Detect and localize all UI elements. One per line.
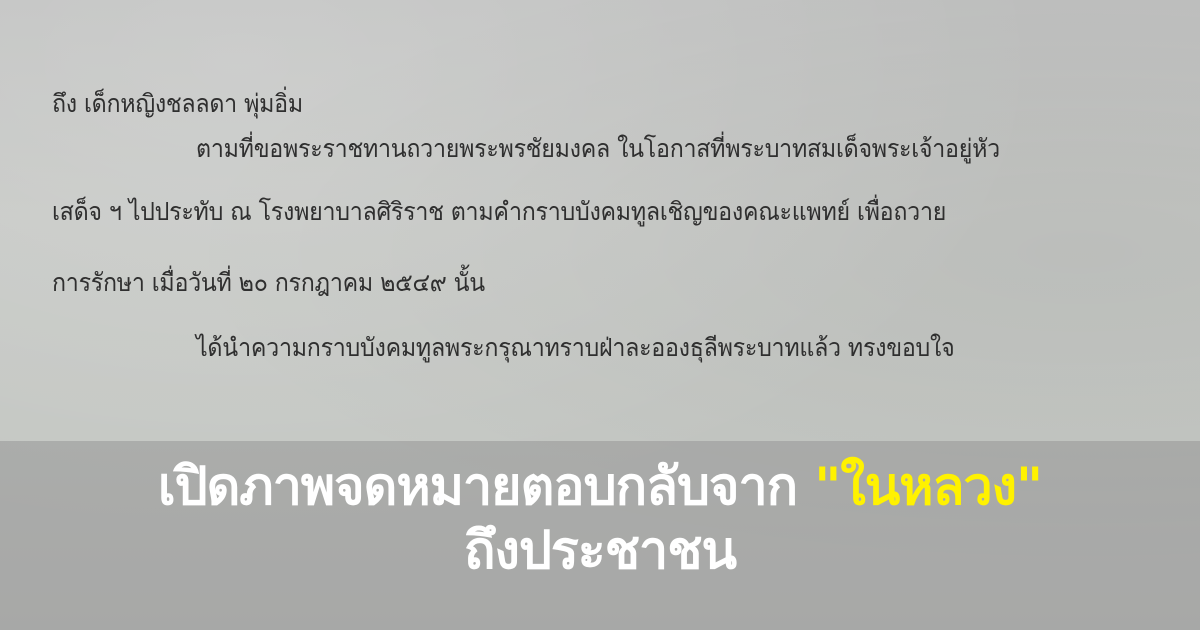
letter-salutation: ถึง เด็กหญิงชลลดา พุ่มอิ่ม <box>52 84 303 124</box>
headline-row-2: ถึงประชาชน <box>0 519 1200 583</box>
letter-line: ได้นำความกราบบังคมทูลพระกรุณาทราบฝ่าละออ… <box>196 328 954 368</box>
headline-row-1: เปิดภาพจดหมายตอบกลับจาก "ในหลวง" <box>0 455 1200 519</box>
letter-line: ตามที่ขอพระราชทานถวายพระพรชัยมงคล ในโอกา… <box>196 129 1000 169</box>
headline: เปิดภาพจดหมายตอบกลับจาก "ในหลวง" ถึงประช… <box>0 455 1200 583</box>
headline-highlight: "ในหลวง" <box>814 457 1042 517</box>
letter-line: เสด็จ ฯ ไปประทับ ณ โรงพยาบาลศิริราช ตามค… <box>52 192 946 232</box>
letter-line: การรักษา เมื่อวันที่ ๒๐ กรกฎาคม ๒๕๔๙ นั้… <box>52 263 485 303</box>
headline-text: เปิดภาพจดหมายตอบกลับจาก <box>158 457 814 517</box>
